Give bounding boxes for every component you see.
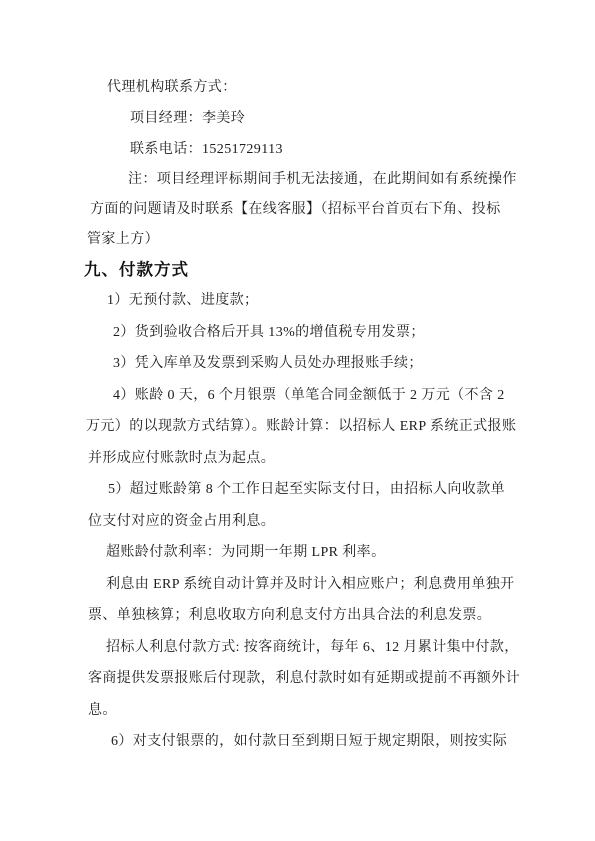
line-payment-item2: 2）货到验收合格后开具 13%的增值税专用发票； [113, 317, 425, 349]
line-project-manager: 项目经理：李美玲 [130, 103, 245, 135]
line-note-1: 注：项目经理评标期间手机无法接通，在此期间如有系统操作 [128, 164, 517, 196]
section-heading-payment: 九、付款方式 [84, 254, 189, 286]
line-payment-item4-a: 4）账龄 0 天，6 个月银票（单笔合同金额低于 2 万元（不含 2 [113, 380, 505, 412]
line-interest-calc-b: 票、单独核算；利息收取方向利息支付方出具合法的利息发票。 [88, 600, 491, 632]
line-payment-item5-a: 5）超过账龄第 8 个工作日起至实际支付日，由招标人向收款单 [108, 474, 505, 506]
line-note-2: 方面的问题请及时联系【在线客服】（招标平台首页右下角、投标 [90, 194, 501, 226]
line-overdue-rate: 超账龄付款利率：为同期一年期 LPR 利率。 [106, 537, 385, 569]
line-payment-item3: 3）凭入库单及发票到采购人员处办理报账手续； [113, 348, 423, 380]
line-contact-heading: 代理机构联系方式： [107, 72, 237, 104]
line-payment-item5-b: 位支付对应的资金占用利息。 [88, 506, 275, 538]
line-payment-item4-c: 并形成应付账款时点为起点。 [88, 443, 275, 475]
line-interest-pay-a: 招标人利息付款方式: 按客商统计，每年 6、12 月累计集中付款， [106, 632, 519, 664]
line-interest-calc-a: 利息由 ERP 系统自动计算并及时计入相应账户；利息费用单独开 [106, 569, 515, 601]
line-interest-pay-b: 客商提供发票报账后付现款，利息付款时如有延期或提前不再额外计 [88, 663, 520, 695]
line-payment-item4-b: 万元）的以现款方式结算）。账龄计算：以招标人 ERP 系统正式报账 [86, 411, 516, 443]
line-contact-phone: 联系电话：15251729113 [130, 134, 283, 166]
line-payment-item6: 6）对支付银票的，如付款日至到期日短于规定期限，则按实际 [111, 726, 507, 758]
line-payment-item1: 1）无预付款、进度款； [107, 285, 258, 317]
line-note-3: 管家上方） [87, 224, 159, 256]
line-interest-pay-c: 息。 [88, 695, 117, 727]
document-page: 代理机构联系方式： 项目经理：李美玲 联系电话：15251729113 注：项目… [0, 0, 595, 841]
